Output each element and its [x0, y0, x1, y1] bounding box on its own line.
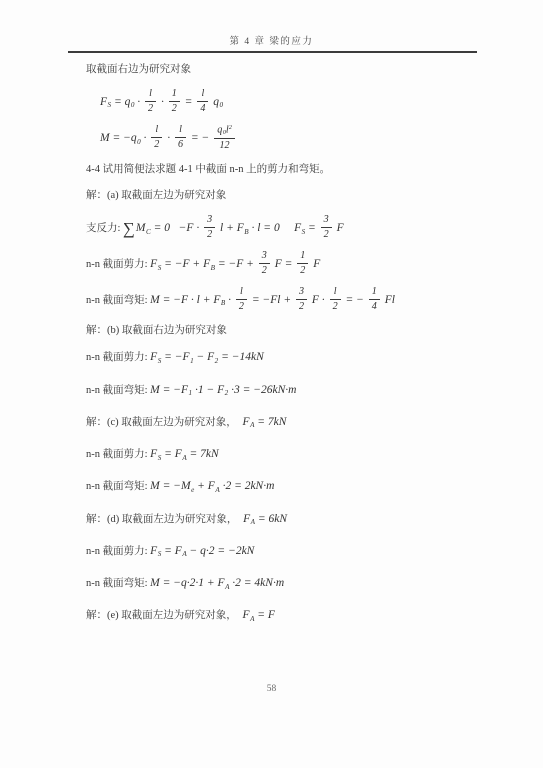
formula-line: n-n 截面弯矩: M = −q·2·1 + FA ·2 = 4kN·m	[86, 575, 487, 592]
line-label: n-n 截面剪力:	[86, 259, 150, 270]
line-label: 支反力:	[86, 223, 123, 234]
formula-line: FS = q0 · l2 · 12 = l4 q0	[86, 89, 487, 116]
formula-line: n-n 截面弯矩: M = −Me + FA ·2 = 2kN·m	[86, 478, 487, 495]
line-formula: FA = 7kN	[237, 416, 287, 428]
line-formula: M = −F1 ·1 − F2 ·3 = −26kN·m	[150, 384, 296, 396]
fraction: l6	[175, 124, 186, 151]
summation-symbol: ∑	[123, 219, 135, 238]
line-text: 4-4 试用简便法求题 4-1 中截面 n-n 上的剪力和弯矩。	[86, 164, 330, 175]
formula-line: n-n 截面剪力: FS = −F1 − F2 = −14kN	[86, 349, 487, 366]
formula-line: 支反力: ∑MC = 0 −F · 32 l + FB · l = 0 FS =…	[86, 215, 487, 242]
line-formula: FS = FA = 7kN	[150, 448, 219, 460]
line-label: n-n 截面弯矩:	[86, 295, 150, 306]
line-formula: FS = −F1 − F2 = −14kN	[150, 351, 264, 363]
line-formula: FS = FA − q·2 = −2kN	[150, 545, 254, 557]
line-label: n-n 截面弯矩:	[86, 481, 150, 492]
text-line: 4-4 试用简便法求题 4-1 中截面 n-n 上的剪力和弯矩。	[86, 162, 487, 178]
document-page: 第 4 章 梁的应力 取截面右边为研究对象FS = q0 · l2 · 12 =…	[0, 0, 543, 768]
line-text: 解：(a) 取截面左边为研究对象	[86, 190, 226, 201]
formula-line: n-n 截面剪力: FS = −F + FB = −F + 32 F = 12 …	[86, 251, 487, 278]
line-formula: M = −Me + FA ·2 = 2kN·m	[150, 480, 274, 492]
line-label: 解：(c) 取截面左边为研究对象，	[86, 417, 237, 428]
line-label: n-n 截面弯矩:	[86, 385, 150, 396]
formula-line: 解：(e) 取截面左边为研究对象， FA = F	[86, 607, 487, 624]
header-divider	[68, 51, 477, 53]
fraction: 32	[259, 250, 270, 277]
fraction: l4	[197, 88, 208, 115]
line-formula: M = −q·2·1 + FA ·2 = 4kN·m	[150, 577, 284, 589]
line-label: 解：(d) 取截面左边为研究对象，	[86, 514, 237, 525]
line-formula: FS = q0 · l2 · 12 = l4 q0	[100, 96, 223, 108]
chapter-header: 第 4 章 梁的应力	[0, 33, 543, 47]
line-formula: M = −F · l + FB · l2 = −Fl + 32 F · l2 =…	[150, 294, 395, 306]
fraction: l2	[145, 88, 156, 115]
line-formula: M = −q0 · l2 · l6 = − q0l212	[100, 132, 237, 144]
fraction: 32	[296, 286, 307, 313]
formula-line: M = −q0 · l2 · l6 = − q0l212	[86, 125, 487, 153]
line-text: 解：(b) 取截面右边为研究对象	[86, 325, 227, 336]
line-text: 取截面右边为研究对象	[86, 64, 191, 75]
line-formula: FA = F	[237, 609, 275, 621]
line-formula: ∑MC = 0 −F · 32 l + FB · l = 0 FS = 32 F	[123, 222, 344, 234]
line-formula: FA = 6kN	[237, 513, 287, 525]
line-label: 解：(e) 取截面左边为研究对象，	[86, 610, 237, 621]
line-label: n-n 截面剪力:	[86, 352, 150, 363]
line-label: n-n 截面剪力:	[86, 546, 150, 557]
formula-line: 解：(d) 取截面左边为研究对象， FA = 6kN	[86, 511, 487, 528]
line-label: n-n 截面剪力:	[86, 449, 150, 460]
fraction: l2	[330, 286, 341, 313]
line-formula: FS = −F + FB = −F + 32 F = 12 F	[150, 258, 320, 270]
page-number: 58	[0, 684, 543, 694]
formula-line: n-n 截面弯矩: M = −F1 ·1 − F2 ·3 = −26kN·m	[86, 382, 487, 399]
fraction: 14	[369, 286, 380, 313]
formula-line: n-n 截面剪力: FS = FA = 7kN	[86, 446, 487, 463]
text-line: 取截面右边为研究对象	[86, 62, 487, 78]
content-area: 取截面右边为研究对象FS = q0 · l2 · 12 = l4 q0M = −…	[86, 62, 487, 640]
text-line: 解：(a) 取截面左边为研究对象	[86, 188, 487, 204]
fraction: 12	[297, 250, 308, 277]
fraction: l2	[151, 124, 162, 151]
fraction: 32	[321, 214, 332, 241]
text-line: 解：(b) 取截面右边为研究对象	[86, 323, 487, 339]
fraction: q0l212	[214, 124, 235, 152]
formula-line: n-n 截面剪力: FS = FA − q·2 = −2kN	[86, 543, 487, 560]
fraction: 12	[169, 88, 180, 115]
fraction: 32	[204, 214, 215, 241]
line-label: n-n 截面弯矩:	[86, 578, 150, 589]
formula-line: 解：(c) 取截面左边为研究对象， FA = 7kN	[86, 414, 487, 431]
fraction: l2	[236, 286, 247, 313]
formula-line: n-n 截面弯矩: M = −F · l + FB · l2 = −Fl + 3…	[86, 287, 487, 314]
